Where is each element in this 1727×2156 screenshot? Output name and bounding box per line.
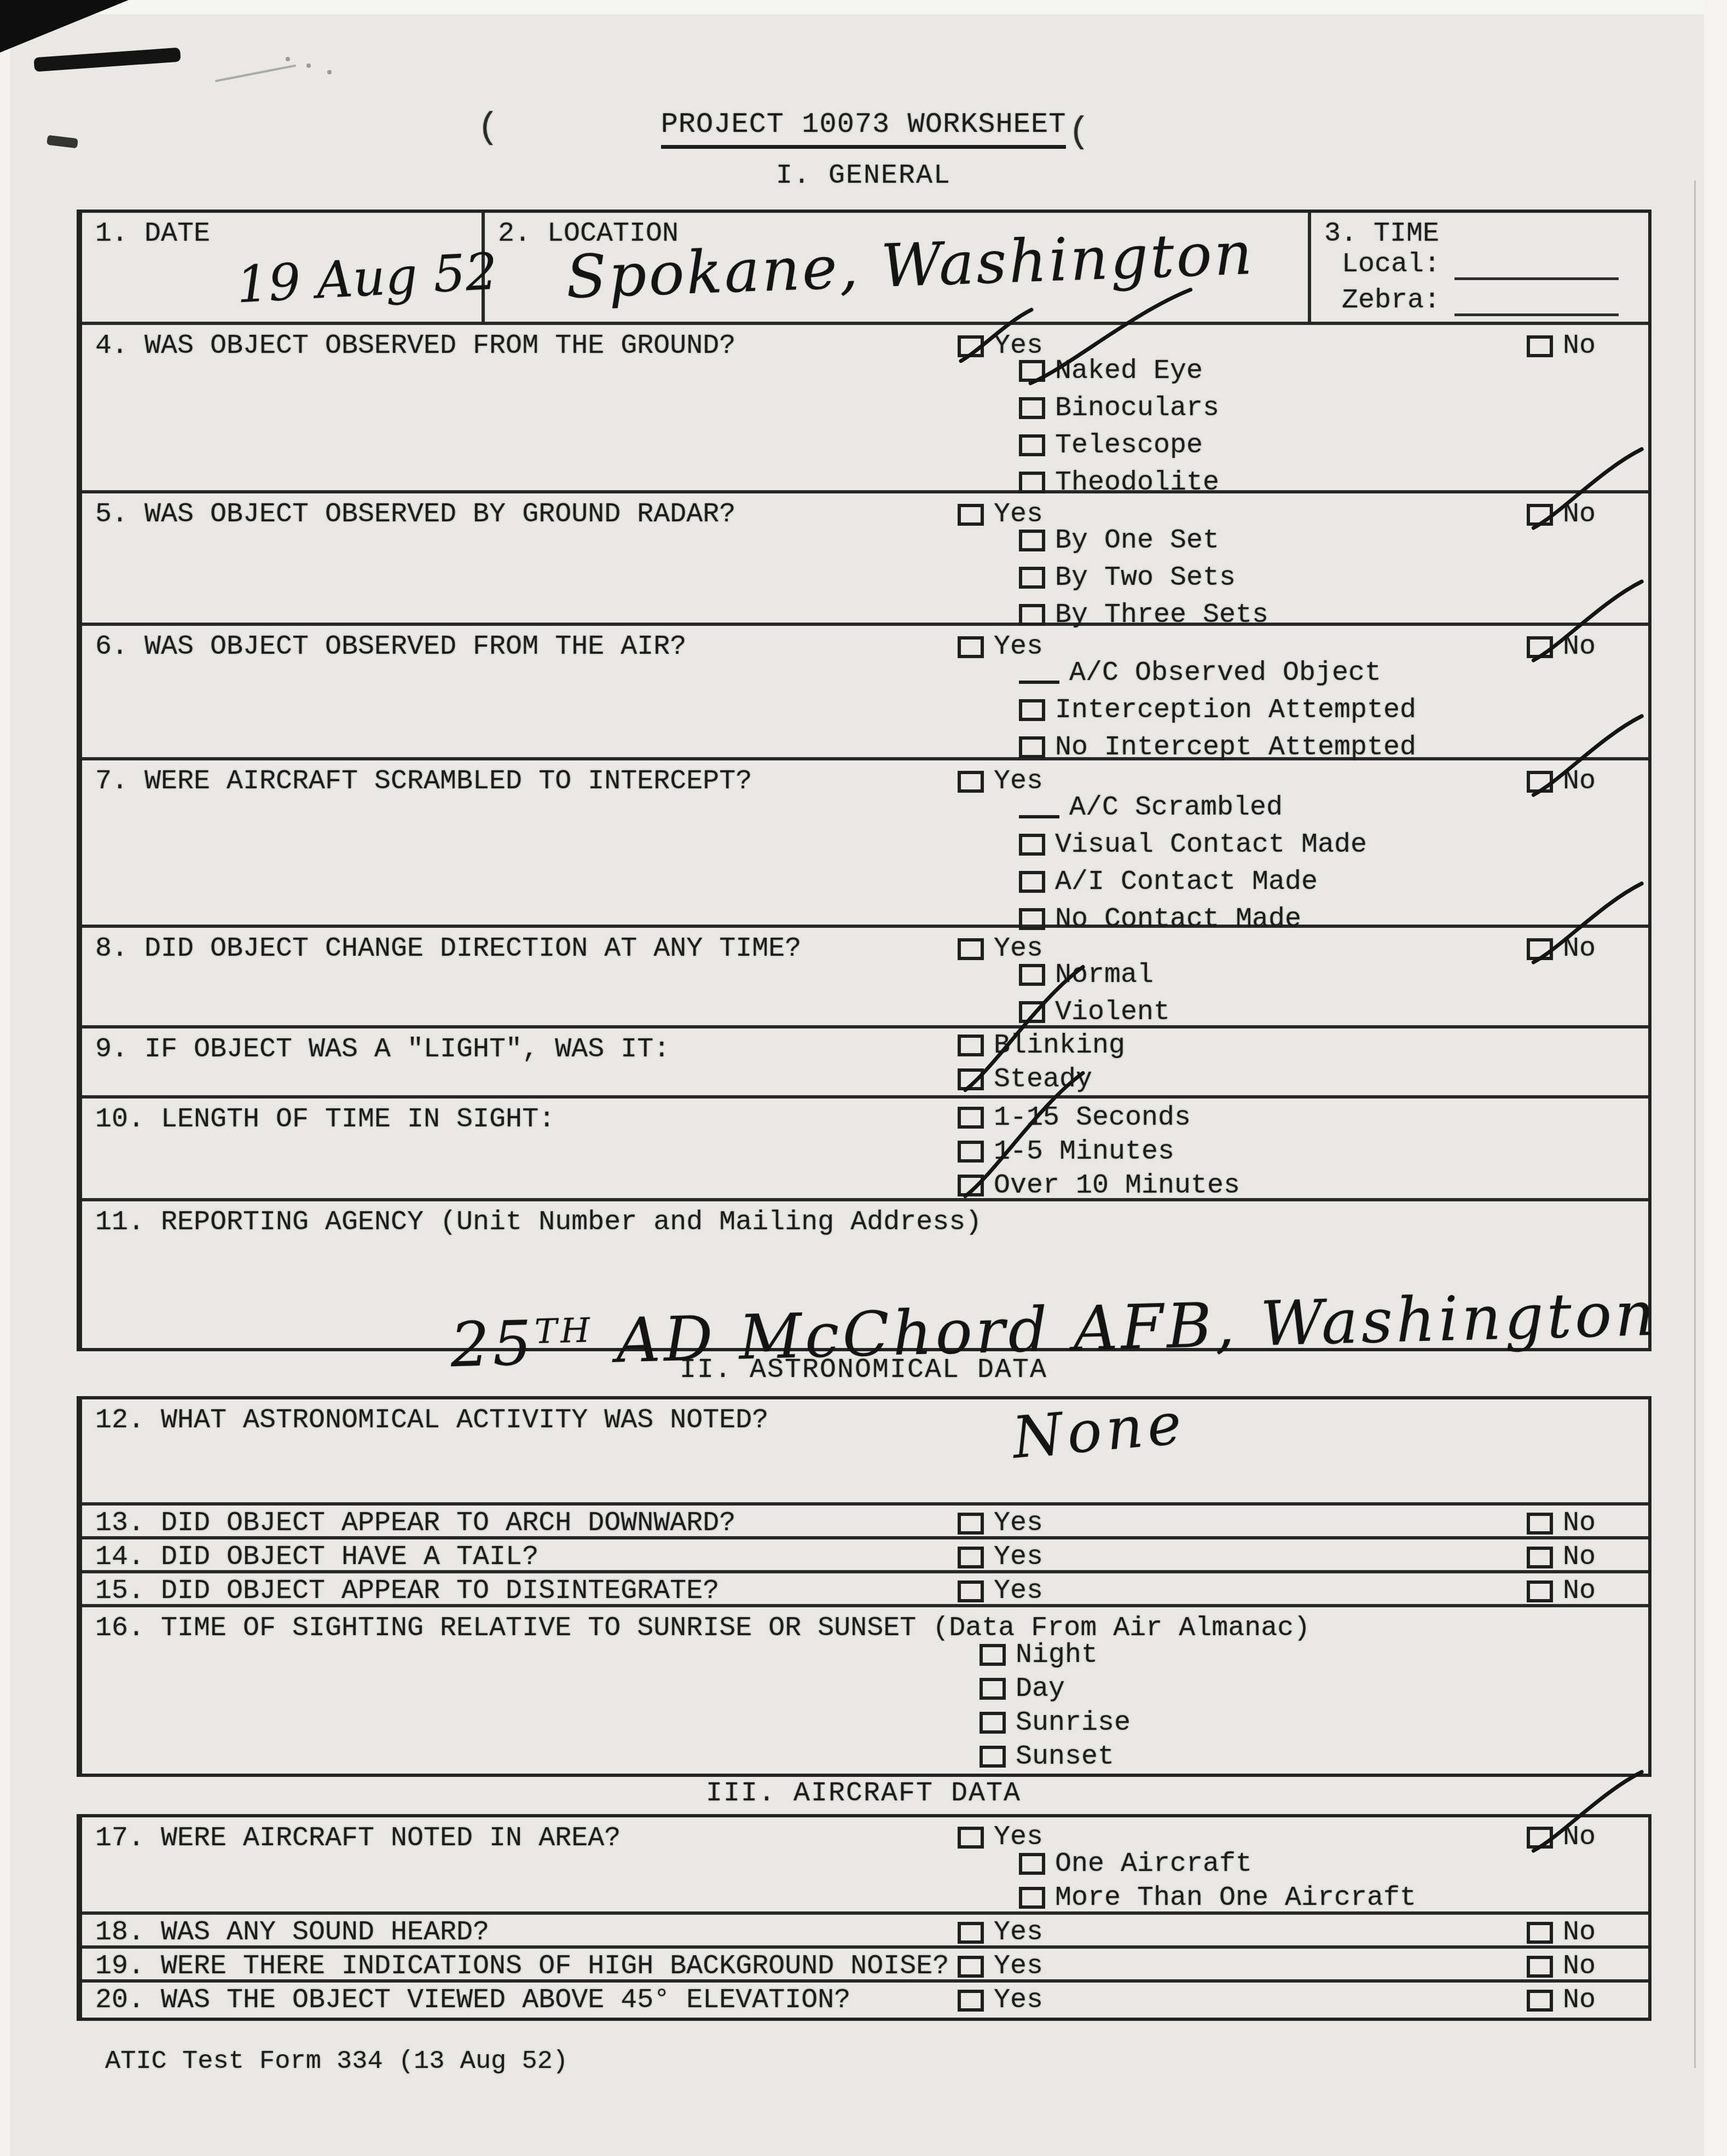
checkbox-yes[interactable] (958, 1827, 984, 1849)
no-choice: No (1527, 1542, 1596, 1573)
time-label: 3. TIME (1324, 218, 1439, 249)
option-label: A/I Contact Made (1055, 867, 1318, 898)
yes-choice: Yes (958, 1951, 1043, 1982)
option-label: Day (1016, 1673, 1065, 1705)
checkbox-yes[interactable] (958, 1513, 984, 1535)
agency-ordinal: TH (534, 1310, 594, 1351)
no-label: No (1563, 1542, 1596, 1573)
question-label: 15. DID OBJECT APPEAR TO DISINTEGRATE? (95, 1576, 719, 1607)
form-title: PROJECT 10073 WORKSHEET (661, 108, 1067, 149)
option-label: Visual Contact Made (1055, 829, 1367, 861)
question-label: 6. WAS OBJECT OBSERVED FROM THE AIR? (95, 631, 686, 663)
q10-options: 1-15 Seconds 1-5 Minutes Over 10 Minutes (958, 1101, 1240, 1202)
checkbox-option[interactable] (1019, 871, 1045, 893)
checkbox-option[interactable] (1019, 699, 1045, 721)
no-choice: No (1527, 1576, 1596, 1607)
yes-choice: Yes (958, 1542, 1043, 1573)
checkbox-yes[interactable] (958, 636, 984, 658)
no-choice: No (1527, 1917, 1596, 1948)
option-label: One Aircraft (1055, 1849, 1252, 1880)
checkbox-yes[interactable] (958, 1922, 984, 1944)
question-row-7: 7. WERE AIRCRAFT SCRAMBLED TO INTERCEPT?… (82, 760, 1648, 928)
option-label: Sunrise (1016, 1707, 1131, 1739)
time-local-line: Local: (1342, 249, 1619, 280)
check-mark-icon (1523, 445, 1649, 532)
pencil-dot (286, 57, 290, 61)
option-label: Night (1016, 1640, 1098, 1671)
time-cell: 3. TIME Local: Zebra: (1308, 213, 1657, 322)
checkbox-option[interactable] (1019, 472, 1045, 493)
question-row-4: 4. WAS OBJECT OBSERVED FROM THE GROUND? … (82, 325, 1648, 493)
pencil-dot (327, 70, 332, 74)
handwritten-astronomical-activity: None (1010, 1390, 1188, 1471)
question-label: 8. DID OBJECT CHANGE DIRECTION AT ANY TI… (95, 933, 801, 964)
checkbox-no[interactable] (1527, 1513, 1553, 1535)
pencil-dot (306, 63, 311, 68)
option-telescope: Telescope (1019, 427, 1219, 464)
no-choice: No (1527, 766, 1596, 797)
checkbox-option[interactable] (1019, 604, 1045, 626)
scan-edge-left (0, 0, 10, 2156)
checkbox-option[interactable] (980, 1712, 1006, 1734)
checkbox-option[interactable] (1019, 1887, 1045, 1909)
checkbox-no[interactable] (1527, 1922, 1553, 1944)
no-choice: No (1527, 1822, 1596, 1853)
checkbox-yes[interactable] (958, 335, 984, 357)
yes-label: Yes (994, 1985, 1043, 2016)
handwritten-reporting-agency: 25TH AD McChord AFB, Washington (265, 1207, 1660, 1457)
checkbox-option[interactable] (980, 1644, 1006, 1666)
option-binoculars: Binoculars (1019, 390, 1219, 427)
question-row-14: 14. DID OBJECT HAVE A TAIL? Yes No (82, 1539, 1648, 1573)
option-label: A/C Scrambled (1069, 792, 1283, 823)
section-general-heading: I. GENERAL (0, 160, 1727, 191)
option-visual-contact-made: Visual Contact Made (1019, 826, 1367, 863)
no-choice: No (1527, 631, 1596, 663)
question-label: 5. WAS OBJECT OBSERVED BY GROUND RADAR? (95, 499, 735, 530)
form-number-footer: ATIC Test Form 334 (13 Aug 52) (105, 2047, 568, 2076)
checkbox-option[interactable] (1019, 1853, 1045, 1875)
option-interception-attempted: Interception Attempted (1019, 691, 1416, 729)
stray-paren-left: ( (477, 107, 499, 148)
scan-edge-top (0, 0, 1727, 14)
q5-options: By One Set By Two Sets By Three Sets (1019, 522, 1268, 634)
scan-corner-artifact (0, 0, 129, 53)
checkbox-yes[interactable] (958, 771, 984, 793)
no-choice: No (1527, 1951, 1596, 1982)
aircraft-table: 17. WERE AIRCRAFT NOTED IN AREA? Yes No (77, 1814, 1651, 2021)
q17-options: One Aircraft More Than One Aircraft (1019, 1847, 1416, 1915)
handwritten-date: 19 Aug 52 (235, 242, 499, 315)
yes-choice: Yes (958, 1917, 1043, 1948)
yes-choice: Yes (958, 1508, 1043, 1539)
option-label: Telescope (1055, 430, 1203, 461)
scan-edge-right (1704, 0, 1727, 2156)
pencil-scribble (215, 65, 296, 83)
option-night: Night (980, 1638, 1131, 1672)
section-aircraft-heading: III. AIRCRAFT DATA (0, 1778, 1727, 1809)
checkbox-no[interactable] (1527, 504, 1553, 526)
question-label: 9. IF OBJECT WAS A "LIGHT", WAS IT: (95, 1034, 670, 1065)
option-day: Day (980, 1672, 1131, 1706)
checkbox-no[interactable] (1527, 1956, 1553, 1978)
question-label: 19. WERE THERE INDICATIONS OF HIGH BACKG… (95, 1951, 949, 1982)
checkbox-option[interactable] (1019, 530, 1045, 551)
option-naked-eye: Naked Eye (1019, 352, 1219, 390)
no-label: No (1563, 330, 1596, 362)
option-by-one-set: By One Set (1019, 522, 1268, 559)
no-label: No (1563, 1576, 1596, 1607)
zebra-label: Zebra: (1342, 285, 1440, 316)
question-label: 13. DID OBJECT APPEAR TO ARCH DOWNWARD? (95, 1508, 735, 1539)
question-label: 18. WAS ANY SOUND HEARD? (95, 1917, 489, 1948)
checkbox-no[interactable] (1527, 1990, 1553, 2012)
option-label: A/C Observed Object (1069, 658, 1381, 689)
option-ac-scrambled: A/C Scrambled (1019, 789, 1367, 826)
question-label: 7. WERE AIRCRAFT SCRAMBLED TO INTERCEPT? (95, 766, 752, 797)
option-label: By One Set (1055, 525, 1219, 556)
no-label: No (1563, 1508, 1596, 1539)
check-mark-icon (1523, 712, 1649, 799)
checkbox-option[interactable] (1019, 360, 1045, 382)
question-label: 4. WAS OBJECT OBSERVED FROM THE GROUND? (95, 330, 735, 362)
yes-label: Yes (994, 1508, 1043, 1539)
checkbox-no[interactable] (1527, 938, 1553, 960)
date-cell: 1. DATE 19 Aug 52 (82, 213, 482, 322)
option-more-than-one-aircraft: More Than One Aircraft (1019, 1881, 1416, 1915)
check-mark-icon (1016, 284, 1202, 388)
question-row-20: 20. WAS THE OBJECT VIEWED ABOVE 45° ELEV… (82, 1983, 1648, 2018)
checkbox-no[interactable] (1527, 1580, 1553, 1602)
question-row-17: 17. WERE AIRCRAFT NOTED IN AREA? Yes No (82, 1817, 1648, 1915)
checkbox-option[interactable] (1019, 736, 1045, 758)
yes-label: Yes (994, 1542, 1043, 1573)
q6-options: A/C Observed Object Interception Attempt… (1019, 654, 1416, 766)
question-label: 14. DID OBJECT HAVE A TAIL? (95, 1542, 538, 1573)
checkbox-yes[interactable] (958, 1956, 984, 1978)
no-choice: No (1527, 1508, 1596, 1539)
no-label: No (1563, 1985, 1596, 2016)
checkbox-option[interactable] (980, 1678, 1006, 1700)
agency-rest: AD McChord AFB, Washington (593, 1279, 1659, 1378)
scanned-form-page: PROJECT 10073 WORKSHEET ( ( I. GENERAL 1… (0, 0, 1727, 2156)
no-choice: No (1527, 933, 1596, 964)
question-row-9: 9. IF OBJECT WAS A "LIGHT", WAS IT: Blin… (82, 1028, 1648, 1099)
no-choice: No (1527, 330, 1596, 362)
zebra-time-blank[interactable] (1454, 292, 1619, 316)
checkbox-yes[interactable] (958, 504, 984, 526)
checkbox-option[interactable] (1019, 434, 1045, 456)
checkbox-yes[interactable] (958, 1990, 984, 2012)
option-label: More Than One Aircraft (1055, 1882, 1416, 1914)
checkbox-option[interactable] (1019, 908, 1045, 930)
option-over-10-minutes: Over 10 Minutes (958, 1169, 1240, 1202)
question-label: 10. LENGTH OF TIME IN SIGHT: (95, 1104, 555, 1135)
blank-line[interactable] (1019, 662, 1059, 684)
option-label: By Two Sets (1055, 562, 1236, 594)
question-row-16: 16. TIME OF SIGHTING RELATIVE TO SUNRISE… (82, 1607, 1648, 1774)
yes-label: Yes (994, 1951, 1043, 1982)
option-label: Sunset (1016, 1741, 1114, 1773)
check-mark-icon (1523, 577, 1649, 665)
yes-label: Yes (994, 1917, 1043, 1948)
local-label: Local: (1342, 249, 1440, 280)
option-by-two-sets: By Two Sets (1019, 559, 1268, 596)
option-ac-observed-object: A/C Observed Object (1019, 654, 1416, 691)
check-mark-icon (1523, 879, 1649, 967)
blank-line[interactable] (1019, 797, 1059, 818)
question-label: 17. WERE AIRCRAFT NOTED IN AREA? (95, 1823, 621, 1854)
option-sunset: Sunset (980, 1740, 1131, 1774)
question-row-6: 6. WAS OBJECT OBSERVED FROM THE AIR? Yes… (82, 626, 1648, 760)
option-one-aircraft: One Aircraft (1019, 1847, 1416, 1881)
option-label: Binoculars (1055, 393, 1219, 424)
question-row-13: 13. DID OBJECT APPEAR TO ARCH DOWNWARD? … (82, 1506, 1648, 1539)
time-zebra-line: Zebra: (1342, 285, 1619, 316)
q16-options: Night Day Sunrise (980, 1638, 1131, 1774)
option-sunrise: Sunrise (980, 1706, 1131, 1740)
question-row-10: 10. LENGTH OF TIME IN SIGHT: 1-15 Second… (82, 1099, 1648, 1201)
question-row-5: 5. WAS OBJECT OBSERVED BY GROUND RADAR? … (82, 493, 1648, 626)
stray-paren-right: ( (1068, 112, 1090, 153)
checkbox-no[interactable] (1527, 1547, 1553, 1568)
header-row: 1. DATE 19 Aug 52 2. LOCATION Spokane, W… (82, 213, 1648, 325)
yes-choice: Yes (958, 1985, 1043, 2016)
option-ai-contact-made: A/I Contact Made (1019, 863, 1367, 900)
check-mark-icon (1523, 1768, 1649, 1855)
date-label: 1. DATE (95, 218, 210, 249)
yes-choice: Yes (958, 1576, 1043, 1607)
question-row-8: 8. DID OBJECT CHANGE DIRECTION AT ANY TI… (82, 928, 1648, 1028)
checkbox-yes[interactable] (958, 938, 984, 960)
no-label: No (1563, 1951, 1596, 1982)
no-choice: No (1527, 1985, 1596, 2016)
question-row-11: 11. REPORTING AGENCY (Unit Number and Ma… (82, 1201, 1648, 1348)
check-mark-icon (954, 1066, 1091, 1203)
option-label: Interception Attempted (1055, 695, 1416, 726)
option-label: No Intercept Attempted (1055, 732, 1416, 763)
q4-options: Naked Eye Binoculars Telescope (1019, 352, 1219, 501)
general-table: 1. DATE 19 Aug 52 2. LOCATION Spokane, W… (77, 210, 1651, 1351)
q7-options: A/C Scrambled Visual Contact Made A/I Co… (1019, 789, 1367, 938)
form-title-block: PROJECT 10073 WORKSHEET (0, 108, 1727, 149)
question-label: 20. WAS THE OBJECT VIEWED ABOVE 45° ELEV… (95, 1985, 850, 2016)
checkbox-no[interactable] (1527, 636, 1553, 658)
checkbox-no[interactable] (1527, 335, 1553, 357)
checkbox-option[interactable] (1019, 397, 1045, 419)
question-row-15: 15. DID OBJECT APPEAR TO DISINTEGRATE? Y… (82, 1573, 1648, 1607)
no-choice: No (1527, 499, 1596, 530)
no-label: No (1563, 1917, 1596, 1948)
yes-label: Yes (994, 1576, 1043, 1607)
checkbox-yes[interactable] (958, 1580, 984, 1602)
question-row-19: 19. WERE THERE INDICATIONS OF HIGH BACKG… (82, 1949, 1648, 1983)
checkbox-option[interactable] (1019, 567, 1045, 589)
checkbox-option[interactable] (980, 1746, 1006, 1768)
checkbox-no[interactable] (1527, 771, 1553, 793)
checkbox-yes[interactable] (958, 1547, 984, 1568)
checkbox-no[interactable] (1527, 1827, 1553, 1849)
checkbox-option[interactable] (1019, 834, 1045, 856)
checkbox-option[interactable] (958, 1175, 984, 1196)
agency-number: 25 (449, 1308, 536, 1381)
local-time-blank[interactable] (1454, 256, 1619, 280)
question-row-18: 18. WAS ANY SOUND HEARD? Yes No (82, 1915, 1648, 1949)
